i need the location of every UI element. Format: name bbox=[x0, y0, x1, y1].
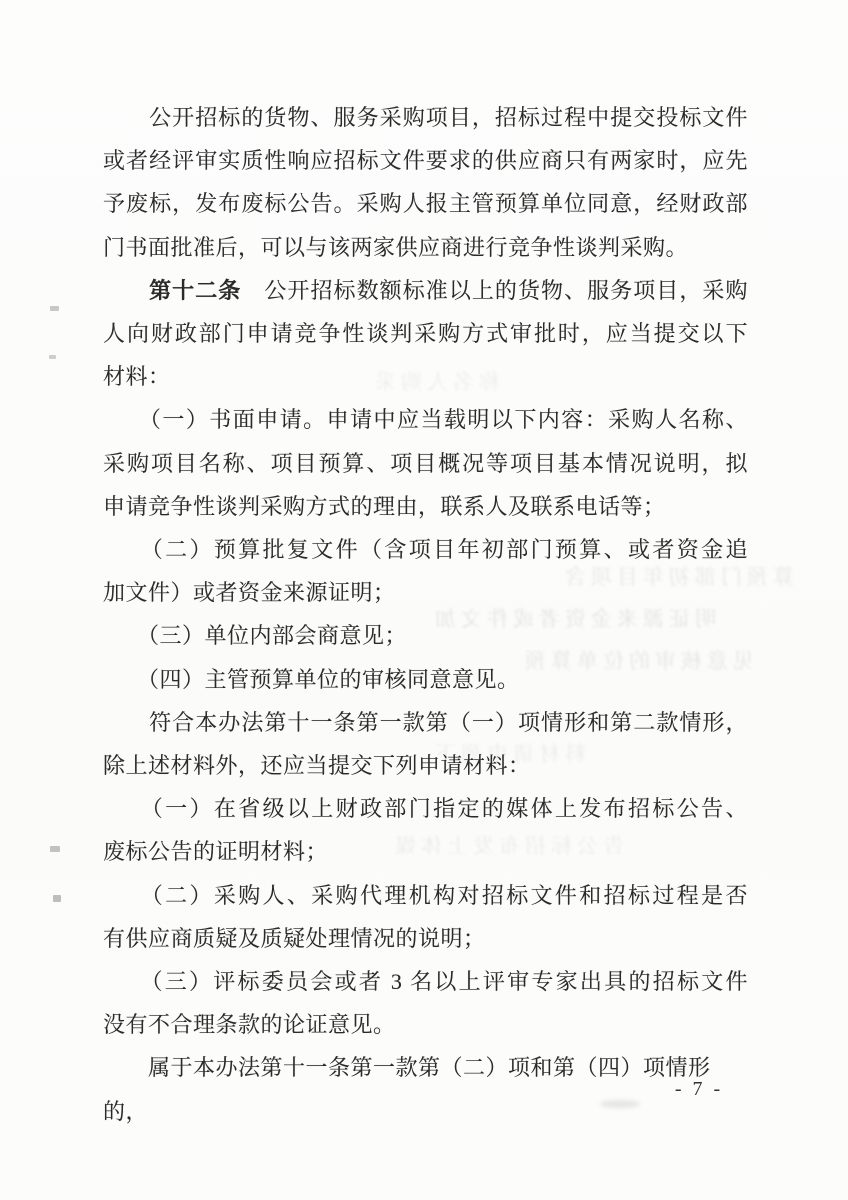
text-line: 有供应商质疑及质疑处理情况的说明； bbox=[103, 917, 748, 960]
text-line: （一）书面申请。申请中应当载明以下内容：采购人名称、 bbox=[103, 398, 748, 441]
article-text: 公开招标数额标准以上的货物、服务项目，采购 bbox=[241, 278, 748, 303]
text-line: 符合本办法第十一条第一款第（一）项情形和第二款情形， bbox=[103, 701, 748, 744]
text-line: （三）评标委员会或者 3 名以上评审专家出具的招标文件 bbox=[103, 960, 748, 1003]
text-line: 公开招标的货物、服务采购项目，招标过程中提交投标文件 bbox=[103, 96, 748, 139]
scan-speck bbox=[49, 355, 56, 359]
scan-speck bbox=[50, 846, 60, 852]
document-body: 公开招标的货物、服务采购项目，招标过程中提交投标文件 或者经评审实质性响应招标文… bbox=[103, 96, 748, 1133]
text-line: 材料： bbox=[103, 355, 748, 398]
text-line: 门书面批准后，可以与该两家供应商进行竞争性谈判采购。 bbox=[103, 226, 748, 269]
text-line: （二）预算批复文件（含项目年初部门预算、或者资金追 bbox=[103, 528, 748, 571]
text-line: 采购项目名称、项目预算、项目概况等项目基本情况说明，拟 bbox=[103, 442, 748, 485]
text-line: （四）主管预算单位的审核同意意见。 bbox=[103, 658, 748, 701]
text-line: 人向财政部门申请竞争性谈判采购方式审批时，应当提交以下 bbox=[103, 312, 748, 355]
scan-speck bbox=[53, 895, 61, 902]
text-line: 废标公告的证明材料； bbox=[103, 830, 748, 873]
text-line: （二）采购人、采购代理机构对招标文件和招标过程是否 bbox=[103, 874, 748, 917]
text-line: 没有不合理条款的论证意见。 bbox=[103, 1003, 748, 1046]
paragraph-indent bbox=[103, 278, 149, 303]
text-line: （一）在省级以上财政部门指定的媒体上发布招标公告、 bbox=[103, 787, 748, 830]
text-line: 或者经评审实质性响应招标文件要求的供应商只有两家时，应先 bbox=[103, 139, 748, 182]
article-number-bold: 第十二条 bbox=[149, 278, 241, 303]
text-line: 加文件）或者资金来源证明； bbox=[103, 571, 748, 614]
scan-speck bbox=[50, 306, 59, 311]
text-line: 第十二条 公开招标数额标准以上的货物、服务项目，采购 bbox=[103, 269, 748, 312]
text-line: 予废标，发布废标公告。采购人报主管预算单位同意，经财政部 bbox=[103, 182, 748, 225]
text-line: 属于本办法第十一条第一款第（二）项和第（四）项情形的， bbox=[103, 1046, 748, 1132]
text-line: 除上述材料外，还应当提交下列申请材料： bbox=[103, 744, 748, 787]
text-line: 申请竞争性谈判采购方式的理由，联系人及联系电话等； bbox=[103, 485, 748, 528]
page-number: - 7 - bbox=[664, 1078, 734, 1101]
text-line: （三）单位内部会商意见； bbox=[103, 614, 748, 657]
